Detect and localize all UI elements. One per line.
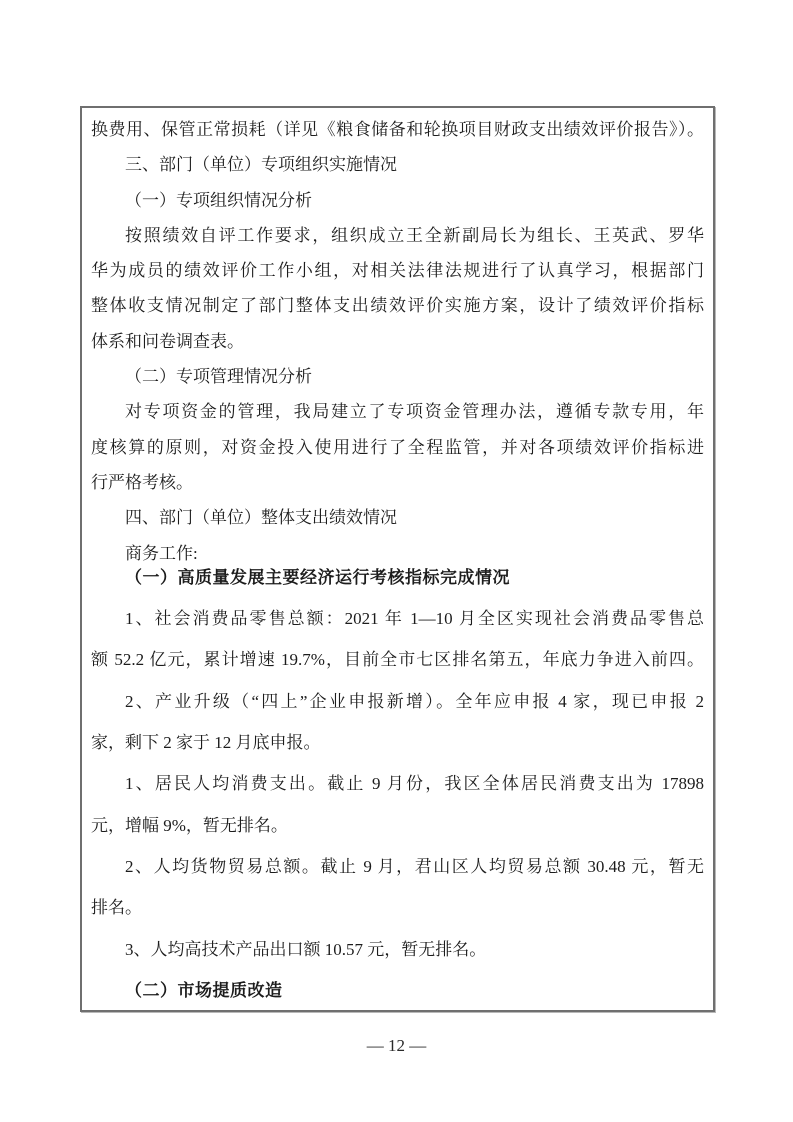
paragraph-line: 对专项资金的管理，我局建立了专项资金管理办法，遵循专款专用，年 bbox=[91, 394, 704, 429]
heading-bold-economic-indicators: （一）高质量发展主要经济运行考核指标完成情况 bbox=[91, 557, 704, 598]
paragraph-line: 体系和问卷调查表。 bbox=[91, 324, 704, 359]
heading-bold-market-upgrade: （二）市场提质改造 bbox=[91, 970, 704, 1011]
paragraph-line: 度核算的原则，对资金投入使用进行了全程监管，并对各项绩效评价指标进 bbox=[91, 430, 704, 465]
item-trade-total-line1: 2、人均货物贸易总额。截止 9 月，君山区人均贸易总额 30.48 元，暂无 bbox=[91, 846, 704, 887]
item-retail-total-line1: 1、社会消费品零售总额：2021 年 1—10 月全区实现社会消费品零售总 bbox=[91, 598, 704, 639]
paragraph-line: 华为成员的绩效评价工作小组，对相关法律法规进行了认真学习，根据部门 bbox=[91, 253, 704, 288]
paragraph-line: 整体收支情况制定了部门整体支出绩效评价实施方案，设计了绩效评价指标 bbox=[91, 288, 704, 323]
paragraph-continuation: 换费用、保管正常损耗（详见《粮食储备和轮换项目财政支出绩效评价报告》）。 bbox=[91, 112, 704, 147]
heading-level2-org: （一）专项组织情况分析 bbox=[91, 183, 704, 218]
item-trade-total-line2: 排名。 bbox=[91, 887, 704, 928]
item-industry-upgrade-line2: 家，剩下 2 家于 12 月底申报。 bbox=[91, 722, 704, 763]
item-retail-total-line2: 额 52.2 亿元，累计增速 19.7%，目前全市七区排名第五，年底力争进入前四… bbox=[91, 639, 704, 680]
paragraph-line: 行严格考核。 bbox=[91, 465, 704, 500]
document-page: 换费用、保管正常损耗（详见《粮食储备和轮换项目财政支出绩效评价报告》）。 三、部… bbox=[0, 0, 793, 1122]
heading-level2-mgmt: （二）专项管理情况分析 bbox=[91, 359, 704, 394]
document-border-box: 换费用、保管正常损耗（详见《粮食储备和轮换项目财政支出绩效评价报告》）。 三、部… bbox=[80, 106, 715, 1012]
section-performance: （一）高质量发展主要经济运行考核指标完成情况 1、社会消费品零售总额：2021 … bbox=[91, 557, 704, 1011]
heading-level1-three: 三、部门（单位）专项组织实施情况 bbox=[91, 147, 704, 182]
item-consumption-line1: 1、居民人均消费支出。截止 9 月份，我区全体居民消费支出为 17898 bbox=[91, 763, 704, 804]
item-industry-upgrade-line1: 2、产业升级（“四上”企业申报新增）。全年应申报 4 家，现已申报 2 bbox=[91, 681, 704, 722]
section-top: 换费用、保管正常损耗（详见《粮食储备和轮换项目财政支出绩效评价报告》）。 三、部… bbox=[91, 112, 704, 571]
item-hightech-export: 3、人均高技术产品出口额 10.57 元，暂无排名。 bbox=[91, 929, 704, 970]
paragraph-line: 按照绩效自评工作要求，组织成立王全新副局长为组长、王英武、罗华 bbox=[91, 218, 704, 253]
item-consumption-line2: 元，增幅 9%，暂无排名。 bbox=[91, 805, 704, 846]
page-number: — 12 — bbox=[0, 1036, 793, 1056]
heading-level1-four: 四、部门（单位）整体支出绩效情况 bbox=[91, 500, 704, 535]
